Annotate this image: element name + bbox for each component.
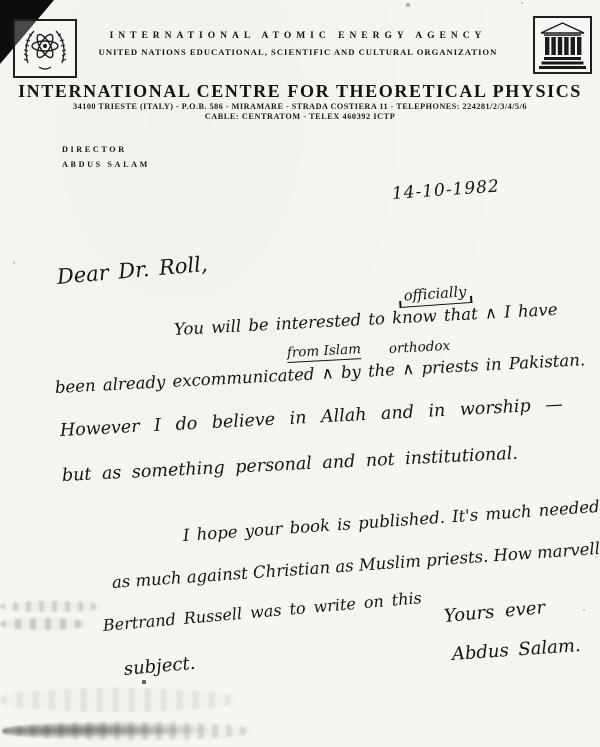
address-line: 34100 TRIESTE (ITALY) - P.O.B. 586 - MIR…: [0, 102, 600, 111]
body-line-6: as much against Christian as Muslim prie…: [111, 539, 600, 592]
insertion-orthodox: orthodox: [389, 340, 451, 357]
body-line-7: Bertrand Russell was to write on this: [102, 590, 422, 634]
body-line-4: but as something personal and not instit…: [62, 446, 519, 486]
unesco-logo-icon: [533, 16, 592, 74]
scan-smudge: [0, 601, 102, 612]
signature: Abdus Salam.: [451, 637, 581, 664]
body-line-5: I hope your book is published. It's much…: [182, 497, 600, 544]
scan-smudge: [0, 618, 88, 630]
sender-name: ABDUS SALAM: [62, 157, 150, 172]
salutation: Dear Dr. Roll,: [56, 254, 208, 288]
cable-telex-line: CABLE: CENTRATOM - TELEX 460392 ICTP: [0, 112, 600, 121]
insertion-from-islam: from Islam: [287, 343, 362, 362]
scan-smudge: [2, 722, 252, 740]
iaea-atom-wreath-graphic: [15, 21, 75, 76]
handwritten-date: 14-10-1982: [391, 178, 500, 202]
unesco-org-name: UNITED NATIONS EDUCATIONAL, SCIENTIFIC A…: [88, 47, 508, 57]
sender-block: DIRECTOR ABDUS SALAM: [62, 142, 150, 172]
scan-smudge: [0, 688, 235, 712]
centre-title: INTERNATIONAL CENTRE FOR THEORETICAL PHY…: [0, 81, 600, 102]
closing: Yours ever: [443, 599, 546, 626]
body-line-3: However I do believe in Allah and in wor…: [60, 397, 564, 441]
iaea-org-name: INTERNATIONAL ATOMIC ENERGY AGENCY: [88, 31, 508, 41]
sender-title: DIRECTOR: [62, 142, 150, 157]
scanned-letter-page: INTERNATIONAL ATOMIC ENERGY AGENCY UNITE…: [0, 0, 600, 747]
scan-speckles: [0, 0, 2, 2]
unesco-temple-graphic: [535, 18, 590, 72]
body-line-1: You will be interested to know that ∧ I …: [174, 302, 558, 339]
body-line-8: subject.: [123, 655, 196, 679]
iaea-logo-icon: [13, 19, 77, 78]
letterhead-org-lines: INTERNATIONAL ATOMIC ENERGY AGENCY UNITE…: [88, 31, 508, 57]
